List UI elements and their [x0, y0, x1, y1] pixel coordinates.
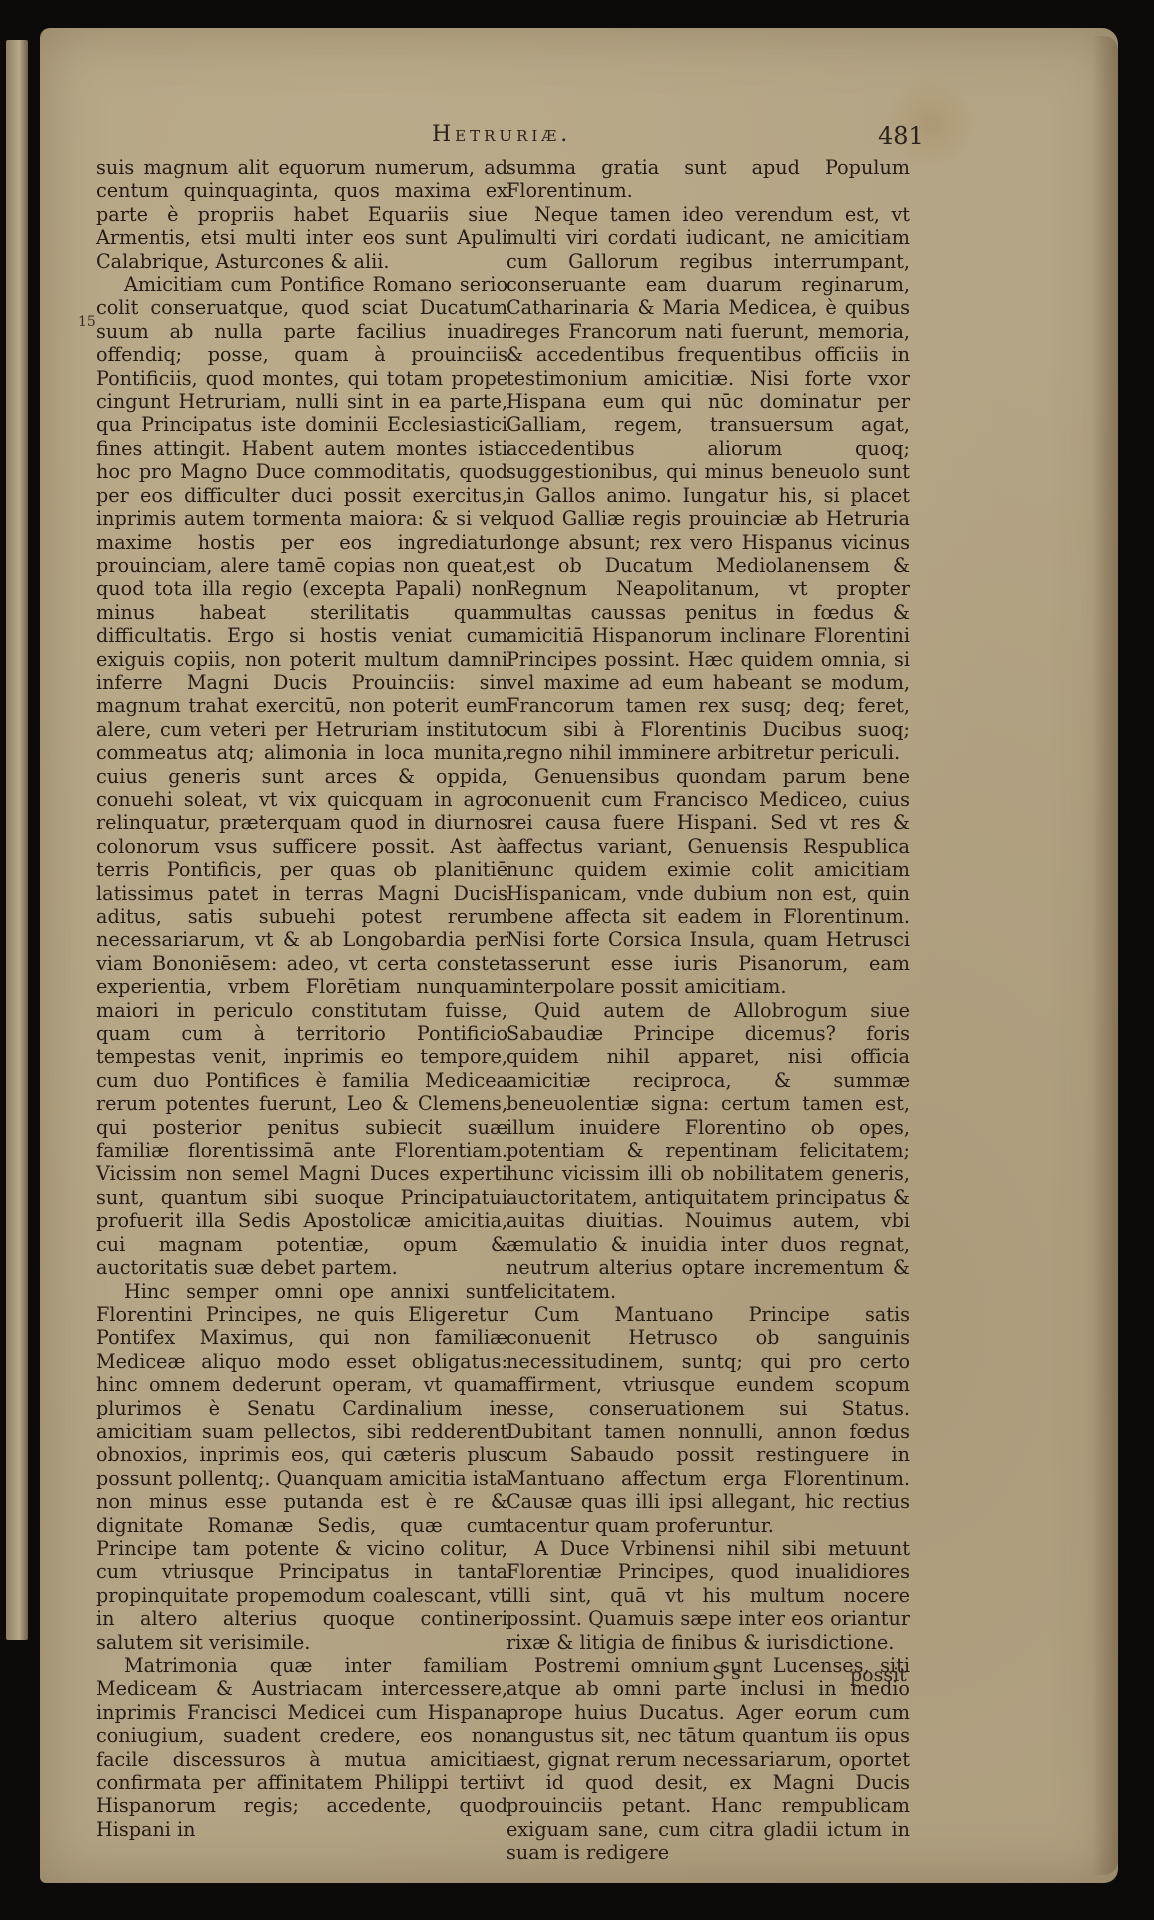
paragraph: suis magnum alit equorum numerum, ad cen…: [96, 156, 508, 273]
page-number: 481: [878, 122, 924, 150]
signature-mark: S s: [712, 1662, 741, 1684]
paragraph: Quid autem de Allobrogum siue Sabaudiæ P…: [506, 999, 910, 1303]
paragraph: Neque tamen ideo verendum est, vt multi …: [506, 203, 910, 765]
running-head: Hetruriæ.: [432, 122, 571, 147]
book-page: Hetruriæ. 481 15 suis magnum alit equoru…: [40, 28, 1118, 1883]
paragraph: summa gratia sunt apud Populum Florentin…: [506, 156, 910, 203]
page-fore-edge: [1092, 36, 1118, 1875]
margin-line-number: 15: [78, 314, 96, 330]
right-text-column: summa gratia sunt apud Populum Florentin…: [506, 156, 910, 1865]
left-text-column: suis magnum alit equorum numerum, ad cen…: [96, 156, 508, 1841]
paragraph: Hinc semper omni ope annixi sunt Florent…: [96, 1280, 508, 1655]
adjacent-page-edge: [6, 40, 28, 1640]
catchword: possit: [850, 1664, 907, 1686]
page-footer: S s possit: [40, 1662, 1118, 1692]
paragraph: Cum Mantuano Principe satis conuenit Het…: [506, 1303, 910, 1537]
paragraph: Genuensibus quondam parum bene conuenit …: [506, 765, 910, 999]
paragraph: Amicitiam cum Pontifice Romano serio col…: [96, 273, 508, 1279]
page-header: Hetruriæ. 481: [40, 100, 1118, 140]
paragraph: A Duce Vrbinensi nihil sibi metuunt Flor…: [506, 1537, 910, 1654]
